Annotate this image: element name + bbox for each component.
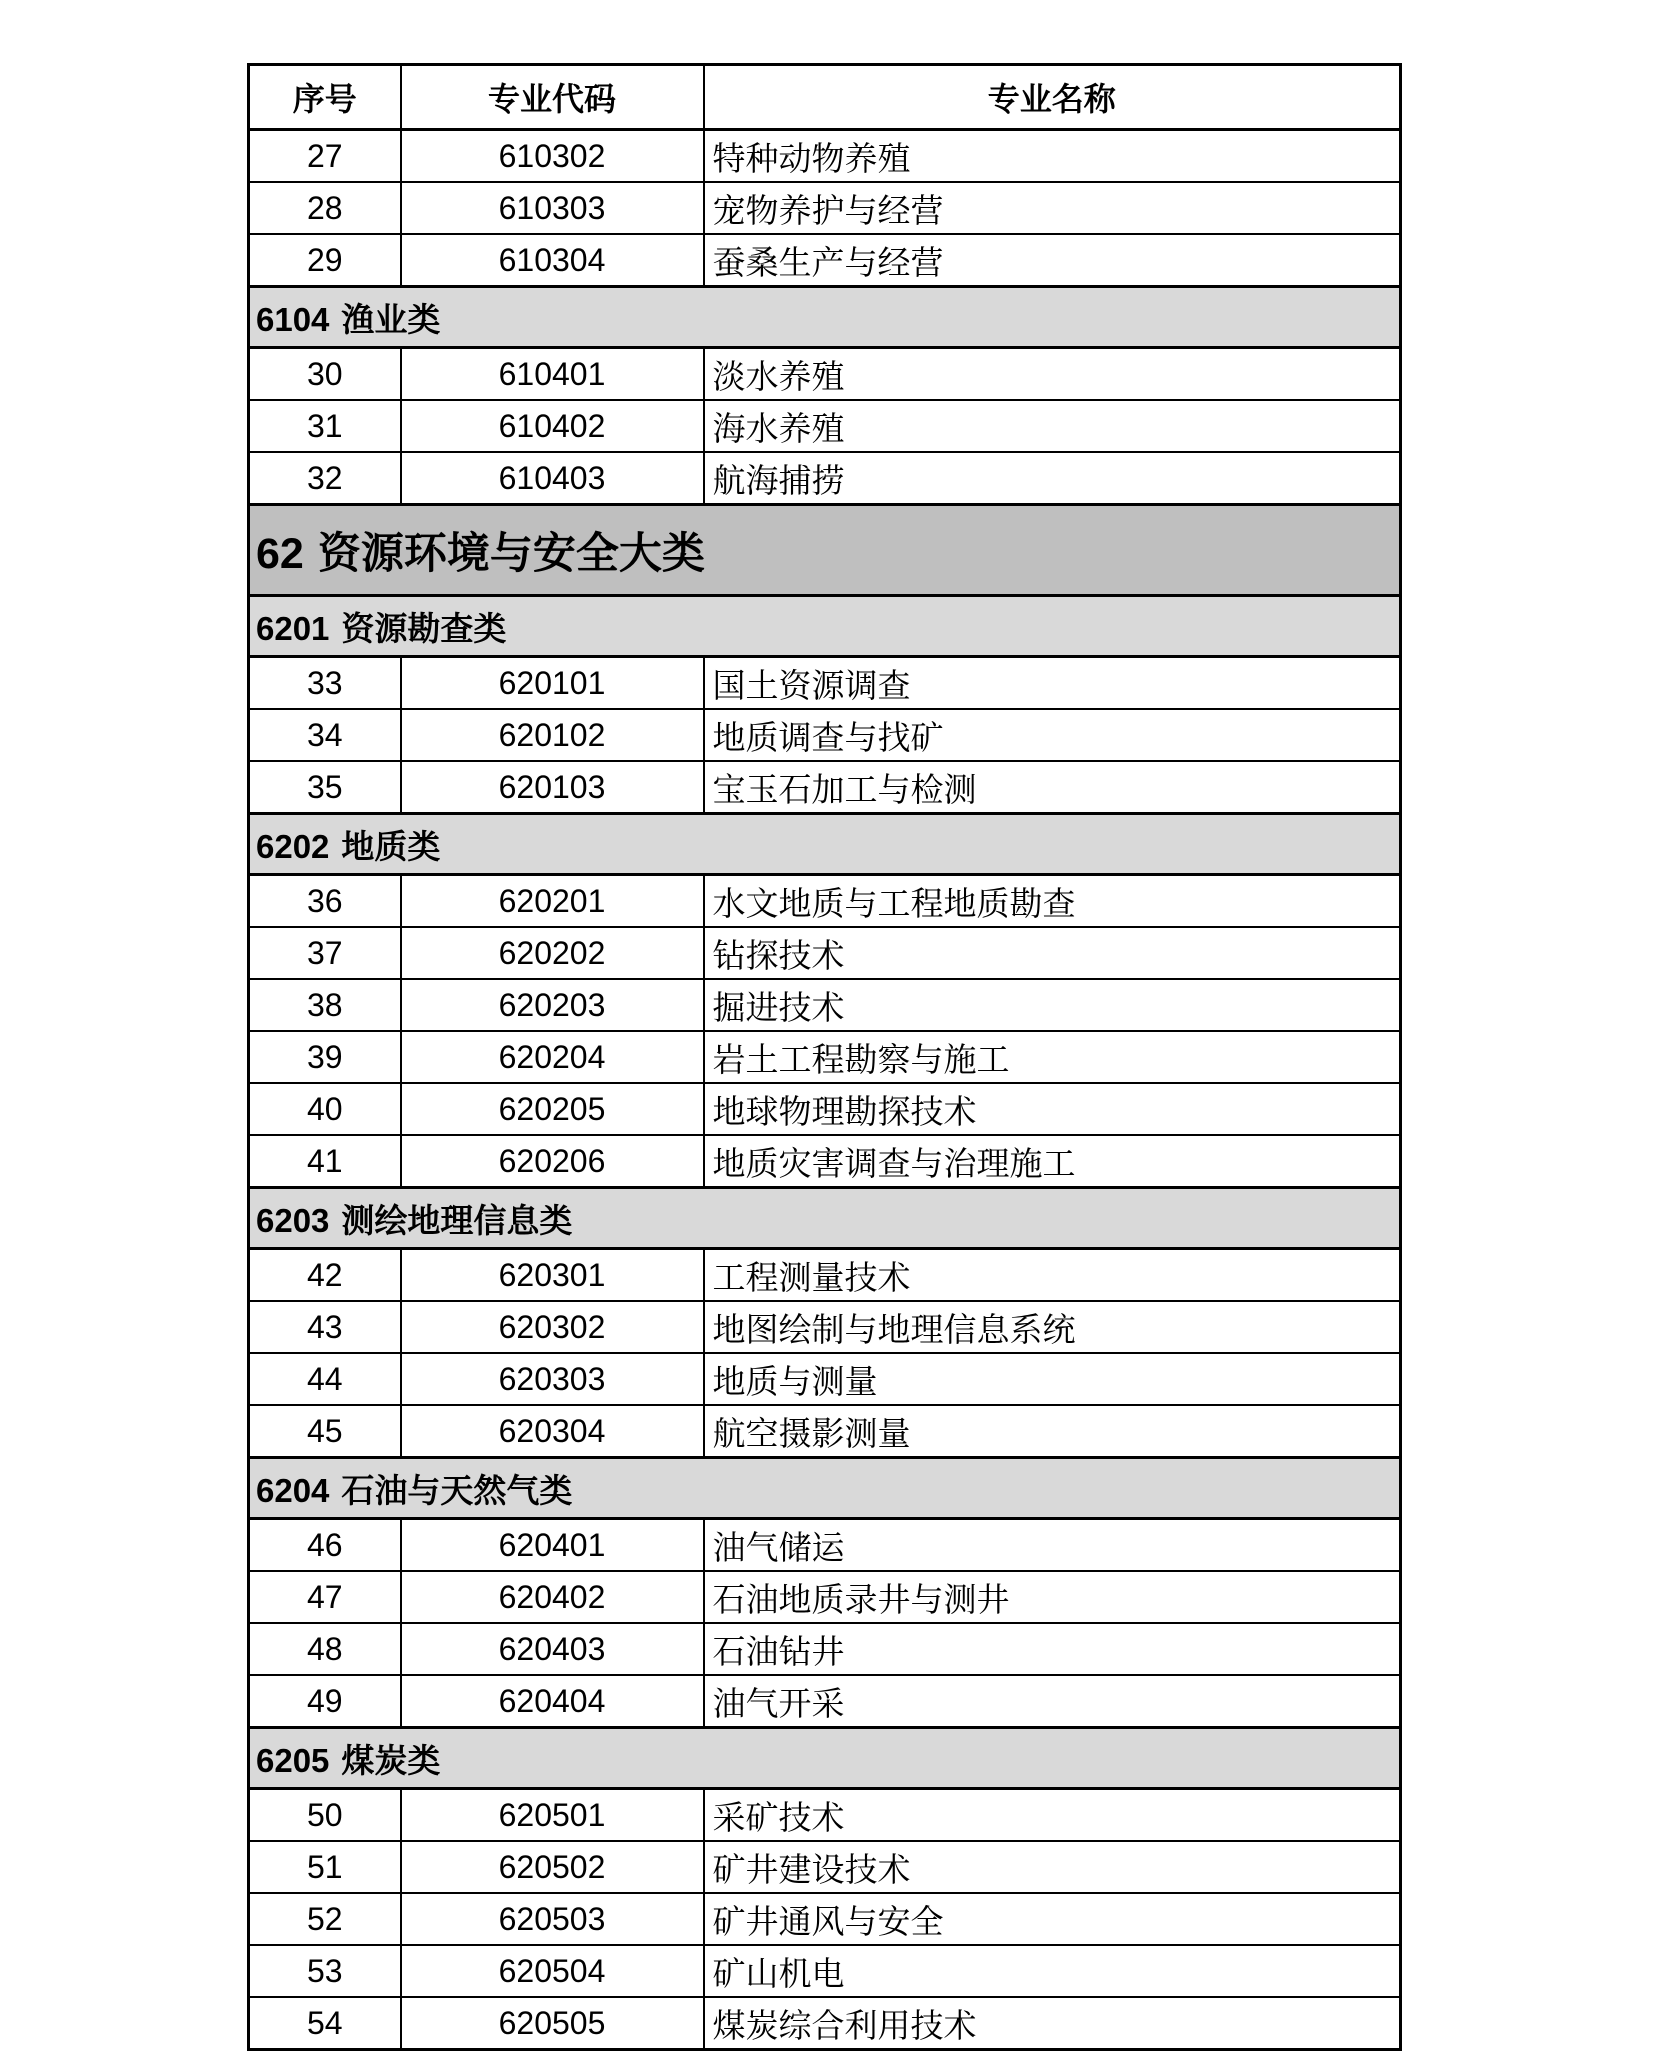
cell-major-code: 620303: [401, 1353, 704, 1405]
section-code: 6205: [256, 1742, 329, 1779]
column-header-index: 序号: [249, 65, 401, 130]
cell-index: 32: [249, 452, 401, 505]
cell-major-code: 620102: [401, 709, 704, 761]
cell-major-name: 地质调查与找矿: [704, 709, 1401, 761]
sub-section-row: 6205煤炭类: [249, 1728, 1401, 1789]
cell-major-code: 610302: [401, 130, 704, 183]
cell-index: 45: [249, 1405, 401, 1458]
cell-index: 39: [249, 1031, 401, 1083]
cell-major-name: 蚕桑生产与经营: [704, 234, 1401, 287]
section-label: 6205煤炭类: [249, 1728, 1401, 1789]
section-title: 地质类: [341, 827, 440, 866]
table-row: 29610304蚕桑生产与经营: [249, 234, 1401, 287]
section-title: 资源环境与安全大类: [318, 530, 705, 578]
cell-index: 42: [249, 1249, 401, 1302]
table-row: 31610402海水养殖: [249, 400, 1401, 452]
section-label: 6204石油与天然气类: [249, 1458, 1401, 1519]
table-row: 45620304航空摄影测量: [249, 1405, 1401, 1458]
cell-major-code: 620401: [401, 1519, 704, 1572]
cell-major-code: 620302: [401, 1301, 704, 1353]
cell-index: 33: [249, 657, 401, 710]
cell-major-code: 620301: [401, 1249, 704, 1302]
cell-major-code: 620402: [401, 1571, 704, 1623]
cell-major-code: 620505: [401, 1997, 704, 2050]
cell-index: 37: [249, 927, 401, 979]
section-title: 石油与天然气类: [341, 1471, 572, 1510]
cell-major-name: 航空摄影测量: [704, 1405, 1401, 1458]
table-row: 49620404油气开采: [249, 1675, 1401, 1728]
table-row: 42620301工程测量技术: [249, 1249, 1401, 1302]
section-code: 62: [256, 530, 304, 578]
table-row: 36620201水文地质与工程地质勘查: [249, 875, 1401, 928]
cell-index: 46: [249, 1519, 401, 1572]
sub-section-row: 6203测绘地理信息类: [249, 1188, 1401, 1249]
cell-index: 54: [249, 1997, 401, 2050]
cell-major-code: 610401: [401, 348, 704, 401]
majors-table: 序号 专业代码 专业名称 27610302特种动物养殖28610303宠物养护与…: [247, 63, 1402, 2051]
table-row: 28610303宠物养护与经营: [249, 182, 1401, 234]
cell-major-name: 国土资源调查: [704, 657, 1401, 710]
cell-major-name: 淡水养殖: [704, 348, 1401, 401]
cell-major-code: 620404: [401, 1675, 704, 1728]
table-row: 51620502矿井建设技术: [249, 1841, 1401, 1893]
section-title: 资源勘查类: [341, 609, 506, 648]
cell-major-name: 岩土工程勘察与施工: [704, 1031, 1401, 1083]
section-code: 6203: [256, 1202, 329, 1239]
majors-table-body: 27610302特种动物养殖28610303宠物养护与经营29610304蚕桑生…: [249, 130, 1401, 2050]
cell-index: 35: [249, 761, 401, 814]
cell-major-code: 620502: [401, 1841, 704, 1893]
cell-index: 38: [249, 979, 401, 1031]
cell-major-name: 水文地质与工程地质勘查: [704, 875, 1401, 928]
section-label: 62资源环境与安全大类: [249, 505, 1401, 596]
cell-major-code: 620103: [401, 761, 704, 814]
cell-major-code: 620206: [401, 1135, 704, 1188]
sub-section-row: 6104渔业类: [249, 287, 1401, 348]
table-row: 37620202钻探技术: [249, 927, 1401, 979]
cell-major-name: 钻探技术: [704, 927, 1401, 979]
section-title: 煤炭类: [341, 1741, 440, 1780]
cell-major-code: 620202: [401, 927, 704, 979]
cell-major-name: 矿井通风与安全: [704, 1893, 1401, 1945]
cell-index: 36: [249, 875, 401, 928]
cell-major-code: 610402: [401, 400, 704, 452]
section-label: 6203测绘地理信息类: [249, 1188, 1401, 1249]
cell-major-name: 采矿技术: [704, 1789, 1401, 1842]
table-row: 33620101国土资源调查: [249, 657, 1401, 710]
table-row: 40620205地球物理勘探技术: [249, 1083, 1401, 1135]
cell-index: 49: [249, 1675, 401, 1728]
cell-major-name: 地球物理勘探技术: [704, 1083, 1401, 1135]
cell-major-name: 宠物养护与经营: [704, 182, 1401, 234]
table-row: 47620402石油地质录井与测井: [249, 1571, 1401, 1623]
section-code: 6104: [256, 301, 329, 338]
cell-index: 41: [249, 1135, 401, 1188]
table-row: 32610403航海捕捞: [249, 452, 1401, 505]
cell-index: 48: [249, 1623, 401, 1675]
table-row: 27610302特种动物养殖: [249, 130, 1401, 183]
cell-major-name: 煤炭综合利用技术: [704, 1997, 1401, 2050]
cell-index: 27: [249, 130, 401, 183]
column-header-major-name: 专业名称: [704, 65, 1401, 130]
cell-major-name: 石油钻井: [704, 1623, 1401, 1675]
table-row: 48620403石油钻井: [249, 1623, 1401, 1675]
section-code: 6201: [256, 610, 329, 647]
cell-major-code: 610303: [401, 182, 704, 234]
cell-major-name: 地图绘制与地理信息系统: [704, 1301, 1401, 1353]
cell-index: 29: [249, 234, 401, 287]
cell-index: 50: [249, 1789, 401, 1842]
cell-major-code: 620304: [401, 1405, 704, 1458]
document-page: { "page": { "background": "#ffffff" }, "…: [0, 0, 1654, 1995]
cell-major-name: 海水养殖: [704, 400, 1401, 452]
cell-major-name: 掘进技术: [704, 979, 1401, 1031]
section-label: 6201资源勘查类: [249, 596, 1401, 657]
cell-major-name: 油气开采: [704, 1675, 1401, 1728]
cell-major-name: 工程测量技术: [704, 1249, 1401, 1302]
cell-index: 28: [249, 182, 401, 234]
cell-major-code: 610403: [401, 452, 704, 505]
cell-major-code: 620403: [401, 1623, 704, 1675]
sub-section-row: 6204石油与天然气类: [249, 1458, 1401, 1519]
table-row: 54620505煤炭综合利用技术: [249, 1997, 1401, 2050]
major-section-row: 62资源环境与安全大类: [249, 505, 1401, 596]
cell-index: 53: [249, 1945, 401, 1997]
cell-index: 34: [249, 709, 401, 761]
table-row: 35620103宝玉石加工与检测: [249, 761, 1401, 814]
cell-major-code: 610304: [401, 234, 704, 287]
table-header-row: 序号 专业代码 专业名称: [249, 65, 1401, 130]
section-label: 6202地质类: [249, 814, 1401, 875]
cell-index: 44: [249, 1353, 401, 1405]
sub-section-row: 6201资源勘查类: [249, 596, 1401, 657]
cell-major-code: 620503: [401, 1893, 704, 1945]
table-row: 38620203掘进技术: [249, 979, 1401, 1031]
cell-index: 52: [249, 1893, 401, 1945]
section-title: 测绘地理信息类: [341, 1201, 572, 1240]
cell-major-code: 620204: [401, 1031, 704, 1083]
table-row: 44620303地质与测量: [249, 1353, 1401, 1405]
cell-major-name: 航海捕捞: [704, 452, 1401, 505]
cell-major-code: 620101: [401, 657, 704, 710]
table-row: 52620503矿井通风与安全: [249, 1893, 1401, 1945]
table-row: 30610401淡水养殖: [249, 348, 1401, 401]
cell-index: 30: [249, 348, 401, 401]
cell-major-name: 矿山机电: [704, 1945, 1401, 1997]
cell-index: 40: [249, 1083, 401, 1135]
cell-index: 47: [249, 1571, 401, 1623]
table-row: 39620204岩土工程勘察与施工: [249, 1031, 1401, 1083]
cell-major-name: 地质与测量: [704, 1353, 1401, 1405]
section-code: 6204: [256, 1472, 329, 1509]
cell-major-name: 地质灾害调查与治理施工: [704, 1135, 1401, 1188]
cell-index: 51: [249, 1841, 401, 1893]
cell-major-name: 特种动物养殖: [704, 130, 1401, 183]
cell-major-code: 620203: [401, 979, 704, 1031]
cell-major-code: 620205: [401, 1083, 704, 1135]
cell-major-name: 油气储运: [704, 1519, 1401, 1572]
cell-index: 31: [249, 400, 401, 452]
section-code: 6202: [256, 828, 329, 865]
cell-major-code: 620501: [401, 1789, 704, 1842]
section-title: 渔业类: [341, 300, 440, 339]
table-row: 41620206地质灾害调查与治理施工: [249, 1135, 1401, 1188]
cell-major-name: 石油地质录井与测井: [704, 1571, 1401, 1623]
cell-major-code: 620201: [401, 875, 704, 928]
cell-major-code: 620504: [401, 1945, 704, 1997]
cell-major-name: 宝玉石加工与检测: [704, 761, 1401, 814]
table-row: 53620504矿山机电: [249, 1945, 1401, 1997]
table-row: 43620302地图绘制与地理信息系统: [249, 1301, 1401, 1353]
table-row: 50620501采矿技术: [249, 1789, 1401, 1842]
cell-major-name: 矿井建设技术: [704, 1841, 1401, 1893]
table-row: 46620401油气储运: [249, 1519, 1401, 1572]
section-label: 6104渔业类: [249, 287, 1401, 348]
table-row: 34620102地质调查与找矿: [249, 709, 1401, 761]
sub-section-row: 6202地质类: [249, 814, 1401, 875]
cell-index: 43: [249, 1301, 401, 1353]
column-header-major-code: 专业代码: [401, 65, 704, 130]
